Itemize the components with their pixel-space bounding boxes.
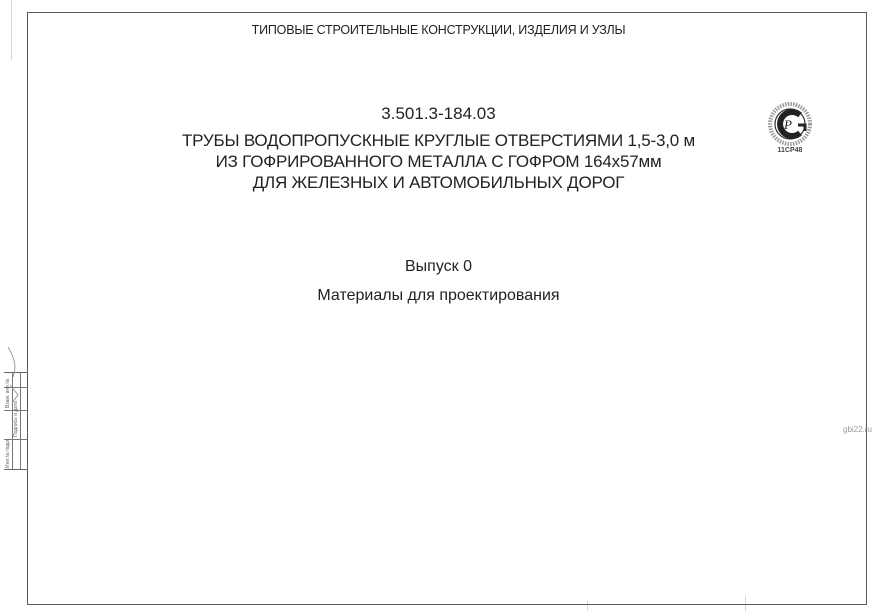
issue-label: Выпуск 0 bbox=[0, 258, 877, 276]
title-line: ДЛЯ ЖЕЛЕЗНЫХ И АВТОМОБИЛЬНЫХ ДОРОГ bbox=[0, 172, 877, 193]
title-line: ИЗ ГОФРИРОВАННОГО МЕТАЛЛА С ГОФРОМ 164х5… bbox=[0, 151, 877, 172]
drawing-frame bbox=[27, 12, 867, 605]
watermark: gbi22.ru bbox=[843, 425, 872, 434]
stamp-label: Инв.№ подл. bbox=[5, 438, 11, 468]
svg-text:Р: Р bbox=[783, 117, 792, 132]
document-title: ТРУБЫ ВОДОПРОПУСКНЫЕ КРУГЛЫЕ ОТВЕРСТИЯМИ… bbox=[0, 130, 877, 193]
certification-mark-icon: Р bbox=[762, 100, 818, 148]
certification-code: 11СР48 bbox=[762, 147, 818, 154]
title-line: ТРУБЫ ВОДОПРОПУСКНЫЕ КРУГЛЫЕ ОТВЕРСТИЯМИ… bbox=[0, 130, 877, 151]
certification-stamp: Р 11СР48 bbox=[762, 100, 818, 158]
series-header: ТИПОВЫЕ СТРОИТЕЛЬНЫЕ КОНСТРУКЦИИ, ИЗДЕЛИ… bbox=[0, 23, 877, 37]
subject-label: Материалы для проектирования bbox=[0, 287, 877, 305]
signature-mark bbox=[4, 345, 24, 415]
document-number: 3.501.3-184.03 bbox=[0, 104, 877, 124]
